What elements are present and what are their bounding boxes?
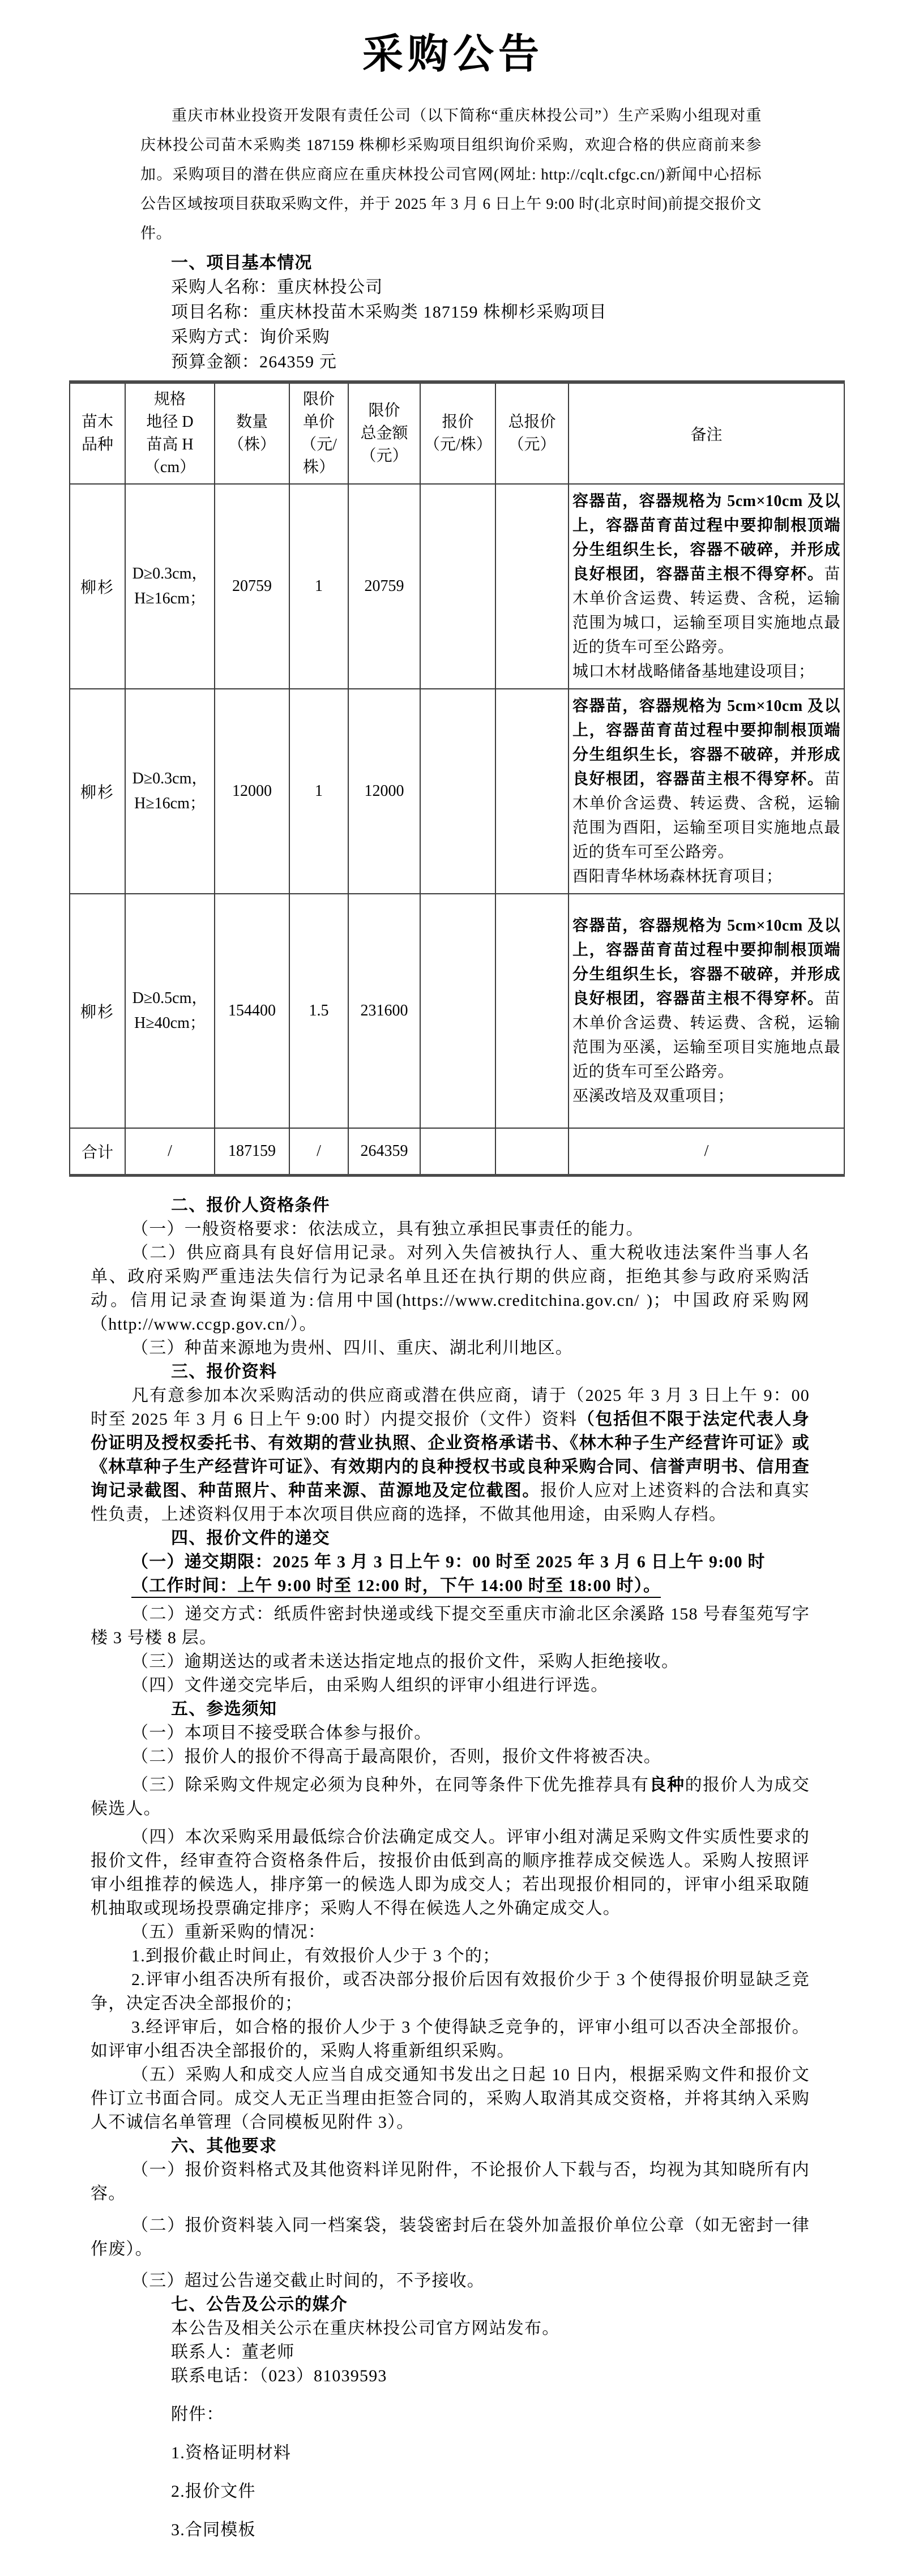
section-5-sub-item-2: 2.评审小组否决所有报价，或否决部分报价后因有效报价少于 3 个使得报价明显缺乏… <box>91 1968 810 2016</box>
section-6-heading: 六、其他要求 <box>91 2134 810 2158</box>
remark-project-line: 城口木材战略储备基地建设项目； <box>572 659 840 684</box>
section-5-item-6: （五）采购人和成交人应当自成交通知书发出之日起 10 日内，根据采购文件和报价文… <box>91 2063 810 2134</box>
section-2-item-3: （三）种苗来源地为贵州、四川、重庆、湖北利川地区。 <box>91 1336 810 1360</box>
purchaser-name-line: 采购人名称：重庆林投公司 <box>91 275 810 300</box>
price-table: 苗木 品种 规格 地径 D 苗高 H （cm） 数量 （株） 限价 单价 （元/ <box>69 380 845 1177</box>
col-header-remark: 备注 <box>569 382 844 484</box>
col-header-spec: 规格 地径 D 苗高 H （cm） <box>125 382 215 484</box>
species-cell: 柳杉 <box>70 484 125 689</box>
quote-cell <box>420 894 495 1128</box>
total-quote-total-cell <box>495 1128 569 1176</box>
sections-block: 二、报价人资格条件 （一）一般资格要求：依法成立，具有独立承担民事责任的能力。 … <box>91 1194 810 2542</box>
total-quote-cell <box>420 1128 495 1176</box>
section-2-heading: 二、报价人资格条件 <box>91 1194 810 1218</box>
species-cell: 柳杉 <box>70 689 125 894</box>
section-5-item-4: （四）本次采购采用最低综合价法确定成交人。评审小组对满足采购文件实质性要求的报价… <box>91 1825 810 1921</box>
quote-cell <box>420 484 495 689</box>
quantity-cell: 154400 <box>215 894 289 1128</box>
remark-cell: 容器苗，容器规格为 5cm×10cm 及以上，容器苗育苗过程中要抑制根顶端分生组… <box>569 894 844 1128</box>
section-5-item-1: （一）本项目不接受联合体参与报价。 <box>91 1721 810 1745</box>
quote-cell <box>420 689 495 894</box>
section-4-item-1: （一）递交期限：2025 年 3 月 3 日上午 9：00 时至 2025 年 … <box>91 1550 810 1574</box>
remark-cell: 容器苗，容器规格为 5cm×10cm 及以上，容器苗育苗过程中要抑制根顶端分生组… <box>569 689 844 894</box>
spec-cell: D≥0.5cm， H≥40cm； <box>125 894 215 1128</box>
section-2-item-1: （一）一般资格要求：依法成立，具有独立承担民事责任的能力。 <box>91 1218 810 1241</box>
limit-total-cell: 231600 <box>348 894 420 1128</box>
project-name-line: 项目名称：重庆林投苗木采购类 187159 株柳杉采购项目 <box>91 300 810 325</box>
section-6-item-3: （三）超过公告递交截止时间的，不予接收。 <box>91 2269 810 2293</box>
section-5-item-3: （三）除采购文件规定必须为良种外，在同等条件下优先推荐具有良种的报价人为成交候选… <box>91 1773 810 1821</box>
remark-cell: 容器苗，容器规格为 5cm×10cm 及以上，容器苗育苗过程中要抑制根顶端分生组… <box>569 484 844 689</box>
limit-total-cell: 20759 <box>348 484 420 689</box>
section-3-paragraph: 凡有意参加本次采购活动的供应商或潜在供应商，请于（2025 年 3 月 3 日上… <box>91 1384 810 1527</box>
col-header-limit-total: 限价 总金额 （元） <box>348 382 420 484</box>
table-row-2: 柳杉 D≥0.3cm， H≥16cm； 12000 1 12000 容器苗，容器… <box>70 689 844 894</box>
section-5-heading: 五、参选须知 <box>91 1698 810 1721</box>
attachment-item-1: 1.资格证明材料 <box>91 2441 810 2465</box>
remark-project-line: 巫溪改培及双重项目； <box>572 1084 840 1108</box>
section-4-item-3: （三）逾期送达的或者未送达指定地点的报价文件，采购人拒绝接收。 <box>91 1650 810 1674</box>
attachment-item-3: 3.合同模板 <box>91 2518 810 2542</box>
document-page: 采购公告 重庆市林业投资开发限有责任公司（以下简称“重庆林投公司”）生产采购小组… <box>0 0 906 2576</box>
section-5-item-2: （二）报价人的报价不得高于最高限价，否则，报价文件将被否决。 <box>91 1745 810 1769</box>
section-5-item-5: （五）重新采购的情况： <box>91 1921 810 1944</box>
section-6-item-2: （二）报价资料装入同一档案袋，装袋密封后在袋外加盖报价单位公章（如无密封一律作废… <box>91 2214 810 2261</box>
contact-phone-line: 联系电话：（023）81039593 <box>91 2364 810 2388</box>
quantity-cell: 12000 <box>215 689 289 894</box>
section-7-heading: 七、公告及公示的媒介 <box>91 2293 810 2317</box>
section-2-item-2: （二）供应商具有良好信用记录。对列入失信被执行人、重大税收违法案件当事人名单、政… <box>91 1241 810 1336</box>
publish-media-line: 本公告及相关公示在重庆林投公司官方网站发布。 <box>91 2317 810 2341</box>
section-1-heading: 一、项目基本情况 <box>91 251 810 275</box>
col-header-limit-unit-price: 限价 单价 （元/ 株） <box>289 382 348 484</box>
table-total-row: 合计 / 187159 / 264359 / <box>70 1128 844 1176</box>
spec-cell: D≥0.3cm， H≥16cm； <box>125 689 215 894</box>
total-quantity-cell: 187159 <box>215 1128 289 1176</box>
purchase-method-line: 采购方式：询价采购 <box>91 325 810 350</box>
table-row-1: 柳杉 D≥0.3cm， H≥16cm； 20759 1 20759 容器苗，容器… <box>70 484 844 689</box>
total-remark-cell: / <box>569 1128 844 1176</box>
total-limit-unit-cell: / <box>289 1128 348 1176</box>
page-title: 采购公告 <box>0 29 906 79</box>
section-5-sub-item-3: 3.经评审后，如合格的报价人少于 3 个使得缺乏竞争的，评审小组可以否决全部报价… <box>91 2016 810 2063</box>
total-label-cell: 合计 <box>70 1128 125 1176</box>
section-4-item-2: （二）递交方式：纸质件密封快递或线下提交至重庆市渝北区余溪路 158 号春玺苑写… <box>91 1602 810 1650</box>
limit-unit-price-cell: 1 <box>289 689 348 894</box>
section-4-working-hours: （工作时间：上午 9:00 时至 12:00 时，下午 14:00 时至 18:… <box>91 1574 810 1598</box>
limit-total-cell: 12000 <box>348 689 420 894</box>
spec-cell: D≥0.3cm， H≥16cm； <box>125 484 215 689</box>
table-header-row: 苗木 品种 规格 地径 D 苗高 H （cm） 数量 （株） 限价 单价 （元/ <box>70 382 844 484</box>
limit-unit-price-cell: 1 <box>289 484 348 689</box>
remark-project-line: 酉阳青华林场森林抚育项目； <box>572 864 840 889</box>
intro-paragraph: 重庆市林业投资开发限有责任公司（以下简称“重庆林投公司”）生产采购小组现对重庆林… <box>140 101 762 248</box>
species-cell: 柳杉 <box>70 894 125 1128</box>
section-6-item-1: （一）报价资料格式及其他资料详见附件，不论报价人下载与否，均视为其知晓所有内容。 <box>91 2158 810 2206</box>
quantity-cell: 20759 <box>215 484 289 689</box>
section-5-sub-item-1: 1.到报价截止时间止，有效报价人少于 3 个的； <box>91 1944 810 1968</box>
limit-unit-price-cell: 1.5 <box>289 894 348 1128</box>
total-limit-total-cell: 264359 <box>348 1128 420 1176</box>
basic-info-block: 一、项目基本情况 采购人名称：重庆林投公司 项目名称：重庆林投苗木采购类 187… <box>91 251 810 375</box>
attachment-item-2: 2.报价文件 <box>91 2480 810 2504</box>
quote-total-cell <box>495 484 569 689</box>
attachments-label: 附件： <box>91 2403 810 2427</box>
total-spec-cell: / <box>125 1128 215 1176</box>
contact-person-line: 联系人：董老师 <box>91 2341 810 2364</box>
col-header-species: 苗木 品种 <box>70 382 125 484</box>
col-header-quantity: 数量 （株） <box>215 382 289 484</box>
col-header-quote: 报价 （元/株） <box>420 382 495 484</box>
table-row-3: 柳杉 D≥0.5cm， H≥40cm； 154400 1.5 231600 容器… <box>70 894 844 1128</box>
quote-total-cell <box>495 689 569 894</box>
section-4-heading: 四、报价文件的递交 <box>91 1527 810 1550</box>
section-4-item-4: （四）文件递交完毕后，由采购人组织的评审小组进行评选。 <box>91 1674 810 1698</box>
quote-total-cell <box>495 894 569 1128</box>
col-header-quote-total: 总报价 （元） <box>495 382 569 484</box>
budget-line: 预算金额：264359 元 <box>91 350 810 375</box>
section-3-heading: 三、报价资料 <box>91 1360 810 1384</box>
